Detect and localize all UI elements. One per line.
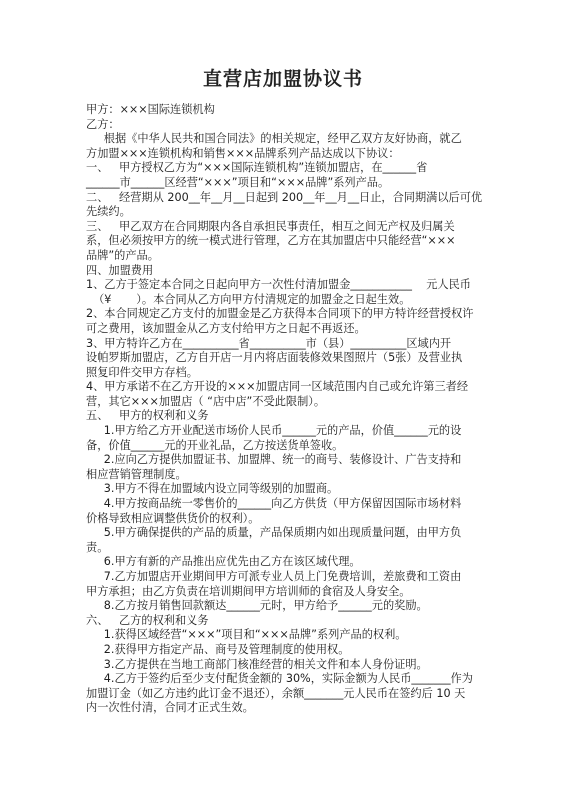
document-line: 营，其它×××加盟店（ “店中店”不受此限制）。: [86, 395, 480, 410]
document-line: 1.获得区域经营“×××”项目和“×××品牌”系列产品的权利。: [86, 628, 480, 643]
document-line: 甲方：×××国际连锁机构: [86, 103, 480, 118]
document-line: 可之费用，该加盟金从乙方支付给甲方之日起不再返还。: [86, 322, 480, 337]
document-line: 4.乙方于签约后至少支付配货金额的 30%，实际金额为人民币_______作为: [86, 672, 480, 687]
document-line: 根据《中华人民共和国合同法》的相关规定，经甲乙双方友好协商，就乙: [86, 132, 480, 147]
document-title: 直营店加盟协议书: [0, 64, 566, 91]
document-line: 4.甲方按商品统一零售价的______向乙方供货（甲方保留因国际市场材料: [86, 497, 480, 512]
document-line: 加盟订金（如乙方违约此订金不退还），余额_______元人民币在签约后 10 天: [86, 687, 480, 702]
document-line: 相应营销管理制度。: [86, 468, 480, 483]
document-line: 2、本合同规定乙方支付的加盟金是乙方获得本合同项下的甲方特许经营授权许: [86, 307, 480, 322]
document-line: 四、加盟费用: [86, 264, 480, 279]
document-line: 3、甲方特许乙方在__________省__________市（县）______…: [86, 337, 480, 352]
document-page: 直营店加盟协议书 甲方：×××国际连锁机构乙方： 根据《中华人民共和国合同法》的…: [0, 0, 566, 800]
document-line: 先续约。: [86, 205, 480, 220]
document-line: （¥ ）。本合同从乙方向甲方付清规定的加盟金之日起生效。: [86, 293, 480, 308]
document-line: 1.甲方给乙方开业配送市场价人民币______元的产品，价值______元的设: [86, 424, 480, 439]
document-line: 2.应向乙方提供加盟证书、加盟牌、统一的商号、装修设计、广告支持和: [86, 453, 480, 468]
document-line: 品牌”的产品。: [86, 249, 480, 264]
document-line: 方加盟×××连锁机构和销售×××品牌系列产品达成以下协议：: [86, 147, 480, 162]
document-line: 设帕罗斯加盟店，乙方自开店一月内将店面装修效果图照片（5张）及营业执: [86, 351, 480, 366]
document-line: 4、甲方承诺不在乙方开设的×××加盟店同一区域范围内自己或允许第三者经: [86, 380, 480, 395]
document-line: 3.乙方提供在当地工商部门核准经营的相关文件和本人身份证明。: [86, 658, 480, 673]
document-line: 2.获得甲方指定产品、商号及管理制度的使用权。: [86, 643, 480, 658]
document-line: ______市______区经营“×××”项目和“×××品牌”系列产品。: [86, 176, 480, 191]
document-line: 5.甲方确保提供的产品的质量，产品保质期内如出现质量问题，由甲方负: [86, 526, 480, 541]
document-line: 7.乙方加盟店开业期间甲方可派专业人员上门免费培训，差旅费和工资由: [86, 570, 480, 585]
document-line: 一、 甲方授权乙方为“×××国际连锁机构”连锁加盟店，在______省: [86, 161, 480, 176]
document-line: 乙方：: [86, 118, 480, 133]
document-line: 系，但必须按甲方的统一模式进行管理，乙方在其加盟店中只能经营“×××: [86, 234, 480, 249]
document-line: 三、 甲乙双方在合同期限内各自承担民事责任，相互之间无产权及归属关: [86, 220, 480, 235]
document-line: 1、乙方于签定本合同之日起向甲方一次性付清加盟金___________ 元人民币: [86, 278, 480, 293]
document-line: 责。: [86, 541, 480, 556]
document-line: 五、 甲方的权利和义务: [86, 409, 480, 424]
document-line: 3.甲方不得在加盟域内设立同等级别的加盟商。: [86, 482, 480, 497]
document-line: 8.乙方按月销售回款额达______元时，甲方给予______元的奖励。: [86, 599, 480, 614]
document-line: 6.甲方有新的产品推出应优先由乙方在该区域代理。: [86, 555, 480, 570]
document-line: 内一次性付清，合同才正式生效。: [86, 701, 480, 716]
document-line: 二、 经营期从 200__年__月__日起到 200__年__月__日止，合同期…: [86, 191, 480, 206]
document-line: 六、 乙方的权利和义务: [86, 614, 480, 629]
document-line: 照复印件交甲方存档。: [86, 366, 480, 381]
document-line: 备，价值______元的开业礼品，乙方按送货单签收。: [86, 439, 480, 454]
document-line: 价格导致相应调整供货价的权利）。: [86, 512, 480, 527]
document-body: 甲方：×××国际连锁机构乙方： 根据《中华人民共和国合同法》的相关规定，经甲乙双…: [86, 103, 480, 716]
document-line: 甲方承担；由乙方负责在培训期间甲方培训师的食宿及人身安全。: [86, 585, 480, 600]
